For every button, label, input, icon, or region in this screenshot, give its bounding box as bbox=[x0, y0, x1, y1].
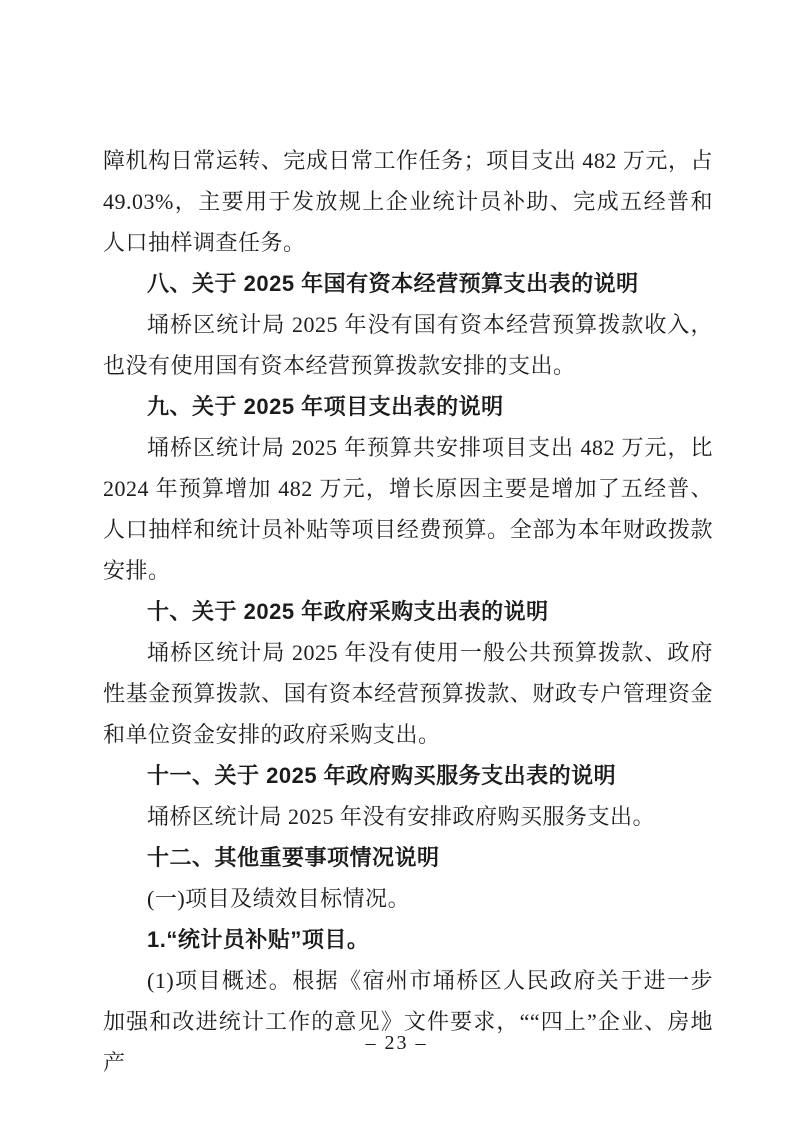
document-body: 障机构日常运转、完成日常工作任务；项目支出 482 万元，占 49.03%，主要… bbox=[103, 140, 713, 1083]
body-paragraph: 埇桥区统计局 2025 年没有国有资本经营预算拨款收入，也没有使用国有资本经营预… bbox=[103, 304, 713, 386]
body-paragraph: 埇桥区统计局 2025 年没有安排政府购买服务支出。 bbox=[103, 796, 713, 837]
section-heading: 十一、关于 2025 年政府购买服务支出表的说明 bbox=[103, 755, 713, 796]
section-heading: 十二、其他重要事项情况说明 bbox=[103, 837, 713, 878]
body-paragraph: 埇桥区统计局 2025 年预算共安排项目支出 482 万元，比 2024 年预算… bbox=[103, 427, 713, 591]
document-page: 障机构日常运转、完成日常工作任务；项目支出 482 万元，占 49.03%，主要… bbox=[0, 0, 793, 1122]
body-paragraph: 障机构日常运转、完成日常工作任务；项目支出 482 万元，占 49.03%，主要… bbox=[103, 140, 713, 263]
kai-label-paragraph: (一)项目及绩效目标情况。 bbox=[103, 878, 713, 919]
body-paragraph: (1)项目概述。根据《宿州市埇桥区人民政府关于进一步加强和改进统计工作的意见》文… bbox=[103, 960, 713, 1083]
section-heading: 八、关于 2025 年国有资本经营预算支出表的说明 bbox=[103, 263, 713, 304]
sub-heading: 1.“统计员补贴”项目。 bbox=[103, 919, 713, 960]
section-heading: 十、关于 2025 年政府采购支出表的说明 bbox=[103, 591, 713, 632]
section-heading: 九、关于 2025 年项目支出表的说明 bbox=[103, 386, 713, 427]
page-number: – 23 – bbox=[0, 1032, 793, 1055]
body-paragraph: 埇桥区统计局 2025 年没有使用一般公共预算拨款、政府性基金预算拨款、国有资本… bbox=[103, 632, 713, 755]
